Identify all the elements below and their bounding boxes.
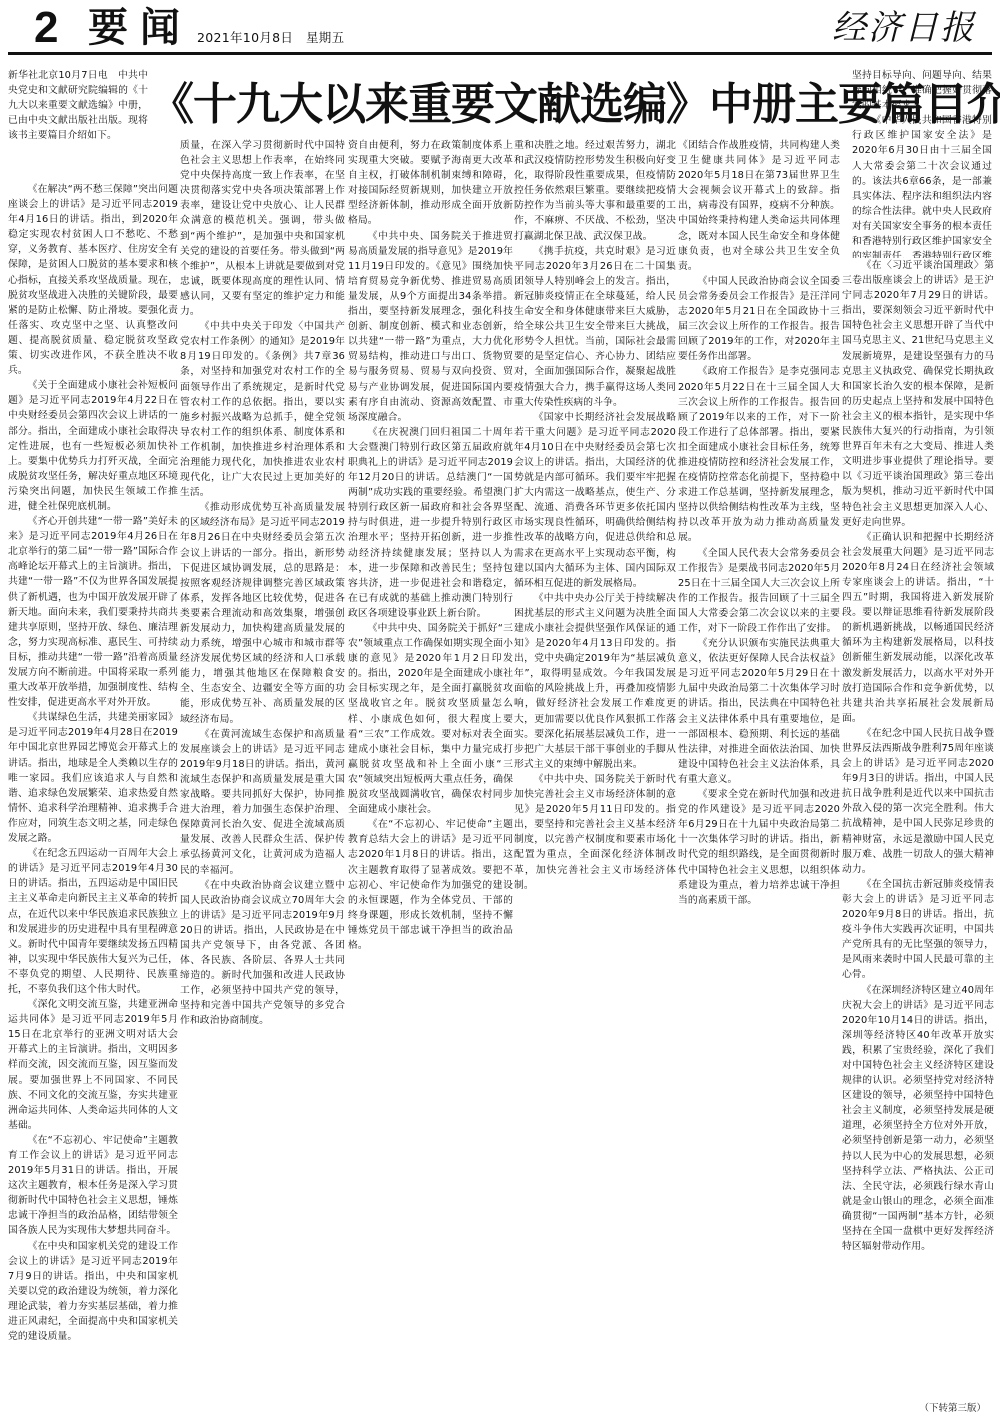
paragraph: 《关于全面建成小康社会补短板问题》是习近平同志2019年4月22日在中央财经委员… <box>8 378 178 514</box>
paragraph: 《深化文明交流互鉴，共建亚洲命运共同体》是习近平同志2019年5月15日在北京举… <box>8 997 178 1133</box>
paragraph: 《中国人民政治协商会议全国委员会常务委员会工作报告》是汪洋同志2020年5月21… <box>678 274 840 365</box>
publication-date: 2021年10月8日 星期五 <box>197 28 344 46</box>
paragraph: 《要求全党在新时代加强和改进党的作风建设》是习近平同志2020年6月29日在十九… <box>678 787 840 908</box>
column-2: 质量，在深入学习贯彻新时代中国特色社会主义思想上作表率，在始终同党中央保持高度一… <box>180 138 345 1408</box>
paragraph: 《充分认识颁布实施民法典重大意义，依法更好保障人民合法权益》是习近平同志2020… <box>678 636 840 787</box>
paragraph: 《在黄河流域生态保护和高质量发展座谈会上的讲话》是习近平同志2019年9月18日… <box>180 727 345 878</box>
paragraph: 《中共中央办公厅关于持续解决困扰基层的形式主义问题为决胜全面建成小康社会提供坚强… <box>514 591 676 772</box>
paragraph: 《中共中央、国务院关于新时代加快完善社会主义市场经济体制的意见》是2020年5月… <box>514 772 676 893</box>
paragraph: 《携手抗疫，共克时艰》是习近平同志2020年3月26日在二十国集团领导人特别峰会… <box>514 244 676 410</box>
column-6-top: 坚持目标导向、问题导向、结果导向相统一，准确把握好贯彻落实的基本要求。 《中华人… <box>852 68 992 258</box>
paragraph: 重和决胜之地。经过艰苦努力，湖北和武汉疫情防控形势发生积极向好变化，取得阶段性重… <box>514 138 676 244</box>
dateline: 新华社北京10月7日电 中共中央党史和文献研究院编辑的《十九大以来重要文献选编》… <box>8 68 148 143</box>
paragraph: 坚持目标导向、问题导向、结果导向相统一，准确把握好贯彻落实的基本要求。 <box>852 68 992 113</box>
paragraph: 《在中央政治协商会议建立暨中国人民政治协商会议成立70周年大会上的讲话》是习近平… <box>180 878 345 1029</box>
newspaper-logo: 经济日报 <box>832 4 976 52</box>
page-number: 2 <box>34 4 58 52</box>
paragraph: 《在深圳经济特区建立40周年庆祝大会上的讲话》是习近平同志2020年10月14日… <box>842 983 994 1255</box>
paragraph: 《在中央和国家机关党的建设工作会议上的讲话》是习近平同志2019年7月9日的讲话… <box>8 1239 178 1345</box>
paragraph: 《中华人民共和国香港特别行政区维护国家安全法》是2020年6月30日由十三届全国… <box>852 113 992 258</box>
paragraph: 《在〈习近平谈治国理政〉第三卷出版座谈会上的讲话》是王沪宁同志2020年7月29… <box>842 258 994 530</box>
paragraph: 《齐心开创共建“一带一路”美好未来》是习近平同志2019年4月26日在北京举行的… <box>8 514 178 710</box>
column-6: 《在〈习近平谈治国理政〉第三卷出版座谈会上的讲话》是王沪宁同志2020年7月29… <box>842 258 994 1406</box>
article-headline: 《十九大以来重要文献选编》中册主要篇目介绍 <box>150 80 850 130</box>
paragraph: 《中共中央、国务院关于推进贸易高质量发展的指导意见》是2019年11月19日印发… <box>348 229 513 425</box>
masthead: 2 要闻 2021年10月8日 星期五 经济日报 <box>0 0 1000 56</box>
paragraph: 《在“不忘初心、牢记使命”主题教育工作会议上的讲话》是习近平同志2019年5月3… <box>8 1133 178 1239</box>
paragraph: 《在庆祝澳门回归祖国二十周年大会暨澳门特别行政区第五届政府就职典礼上的讲话》是习… <box>348 425 513 621</box>
paragraph: 资自由便利，努力在政策制度体系上实现重大突破。要赋予海南更大改革自主权，打破体制… <box>348 138 513 229</box>
dateline-block: 新华社北京10月7日电 中共中央党史和文献研究院编辑的《十九大以来重要文献选编》… <box>8 68 148 183</box>
masthead-rule <box>8 52 992 55</box>
paragraph: 《国家中长期经济社会发展战略若干重大问题》是习近平同志2020年4月10日在中央… <box>514 410 676 591</box>
paragraph: 《在纪念中国人民抗日战争暨世界反法西斯战争胜利75周年座谈会上的讲话》是习近平同… <box>842 726 994 877</box>
paragraph: 《在解决“两不愁三保障”突出问题座谈会上的讲话》是习近平同志2019年4月16日… <box>8 182 178 378</box>
paragraph: 《在“不忘初心、牢记使命”主题教育总结大会上的讲话》是习近平同志2020年1月8… <box>348 817 513 953</box>
section-title: 要闻 <box>88 6 192 50</box>
paragraph: 《在纪念五四运动一百周年大会上的讲话》是习近平同志2019年4月30日的讲话。指… <box>8 846 178 997</box>
paragraph: 《中共中央关于印发〈中国共产党农村工作条例〉的通知》是2019年8月19日印发的… <box>180 319 345 500</box>
paragraph: 《全国人民代表大会常务委员会工作报告》是栗战书同志2020年5月25日在十三届全… <box>678 546 840 637</box>
paragraph: 《在全国抗击新冠肺炎疫情表彰大会上的讲话》是习近平同志2020年9月8日的讲话。… <box>842 877 994 983</box>
continued-note: （下转第三版） <box>919 1400 986 1414</box>
column-1: 《在解决“两不愁三保障”突出问题座谈会上的讲话》是习近平同志2019年4月16日… <box>8 182 178 1407</box>
paragraph: 《推动形成优势互补高质量发展的区域经济布局》是习近平同志2019年8月26日在中… <box>180 500 345 726</box>
paragraph: 《团结合作战胜疫情，共同构建人类卫生健康共同体》是习近平同志2020年5月18日… <box>678 138 840 274</box>
paragraph: 《正确认识和把握中长期经济社会发展重大问题》是习近平同志2020年8月24日在经… <box>842 530 994 726</box>
paragraph: 《共谋绿色生活，共建美丽家园》是习近平同志2019年4月28日在2019年中国北… <box>8 710 178 846</box>
paragraph: 《中共中央、国务院关于抓好“三农”领域重点工作确保如期实现全面小康的意见》是20… <box>348 621 513 817</box>
paragraph: 《政府工作报告》是李克强同志2020年5月22日在十三届全国人大三次会议上所作的… <box>678 364 840 545</box>
column-3: 资自由便利，努力在政策制度体系上实现重大突破。要赋予海南更大改革自主权，打破体制… <box>348 138 513 1408</box>
paragraph: 质量，在深入学习贯彻新时代中国特色社会主义思想上作表率，在始终同党中央保持高度一… <box>180 138 345 319</box>
column-5: 《团结合作战胜疫情，共同构建人类卫生健康共同体》是习近平同志2020年5月18日… <box>678 138 840 1408</box>
column-4: 重和决胜之地。经过艰苦努力，湖北和武汉疫情防控形势发生积极向好变化，取得阶段性重… <box>514 138 676 1408</box>
